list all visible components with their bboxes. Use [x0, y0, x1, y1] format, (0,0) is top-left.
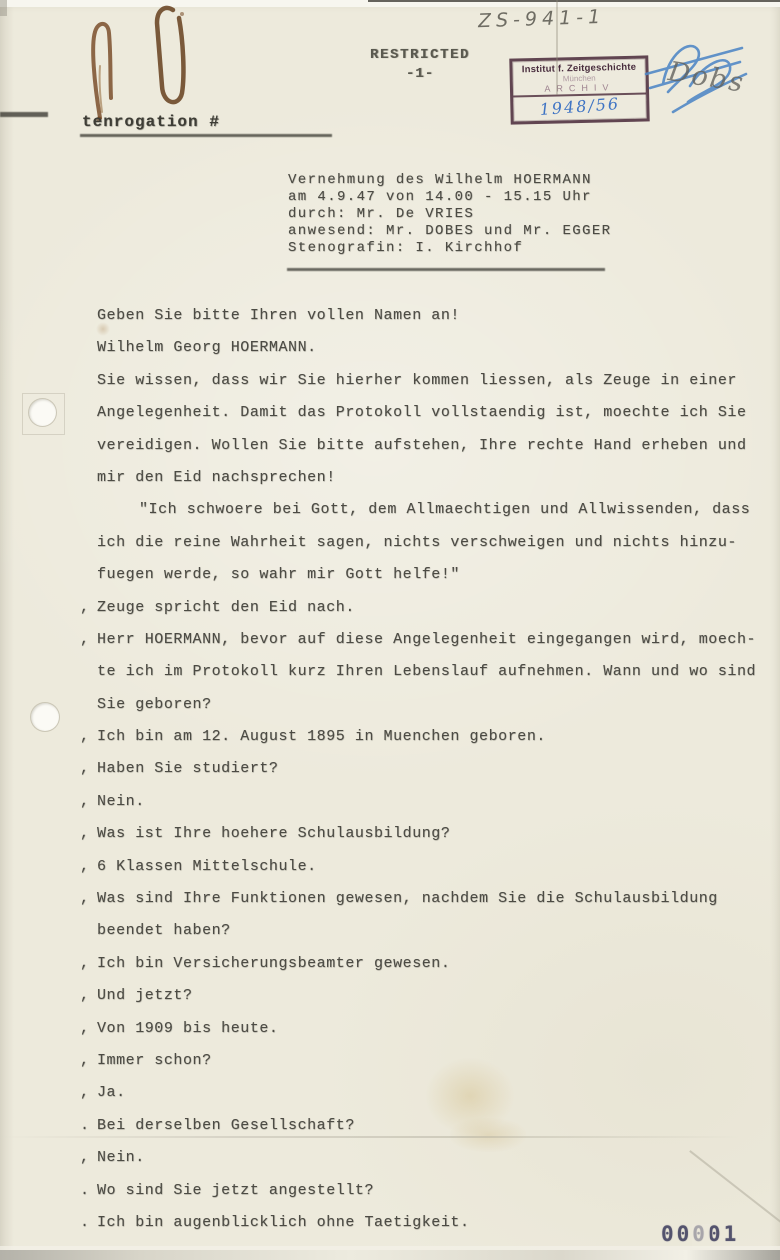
rust-speck [96, 322, 110, 336]
line-text: ich die reine Wahrheit sagen, nichts ver… [97, 534, 737, 551]
line-text: Nein. [97, 793, 145, 810]
transcript-line: Sie wissen, dass wir Sie hierher kommen … [97, 365, 757, 397]
line-marker: , [80, 1045, 90, 1077]
line-text: Geben Sie bitte Ihren vollen Namen an! [97, 307, 460, 324]
line-marker: , [80, 980, 90, 1012]
transcript-line: te ich im Protokoll kurz Ihren Lebenslau… [97, 656, 757, 688]
line-text: te ich im Protokoll kurz Ihren Lebenslau… [97, 663, 756, 680]
line-marker: , [80, 948, 90, 980]
header-line: anwesend: Mr. DOBES und Mr. EGGER [288, 223, 611, 240]
line-text: Was ist Ihre hoehere Schulausbildung? [97, 825, 450, 842]
interrogation-header: Vernehmung des Wilhelm HOERMANN am 4.9.4… [288, 172, 611, 257]
line-text: "Ich schwoere bei Gott, dem Allmaechtige… [97, 494, 750, 526]
transcript-line: , Nein. [97, 1142, 757, 1174]
transcript-line: . Wo sind Sie jetzt angestellt? [97, 1175, 757, 1207]
scan-edge-bottom [0, 1250, 780, 1260]
line-text: Sie geboren? [97, 696, 212, 713]
punch-hole-bottom [31, 703, 59, 731]
line-marker: , [80, 851, 90, 883]
transcript-line: ich die reine Wahrheit sagen, nichts ver… [97, 527, 757, 559]
interrogation-underline [80, 134, 332, 137]
transcript-line: , Was sind Ihre Funktionen gewesen, nach… [97, 883, 757, 915]
header-line: Stenografin: I. Kirchhof [288, 240, 611, 257]
header-line: Vernehmung des Wilhelm HOERMANN [288, 172, 611, 189]
line-text: Ja. [97, 1084, 126, 1101]
transcript-line: , 6 Klassen Mittelschule. [97, 851, 757, 883]
horizontal-fold-crease [0, 1136, 780, 1138]
page-stamp-fade-patch [692, 1224, 710, 1248]
transcript-line: Geben Sie bitte Ihren vollen Namen an! [97, 300, 757, 332]
typed-page-number: -1- [355, 66, 485, 82]
line-text: mir den Eid nachsprechen! [97, 469, 336, 486]
line-text: Immer schon? [97, 1052, 212, 1069]
line-marker: , [80, 786, 90, 818]
archive-reference-handwritten: ZS-941-1 [478, 6, 606, 32]
line-text: Ich bin Versicherungsbeamter gewesen. [97, 955, 450, 972]
header-line: durch: Mr. De VRIES [288, 206, 611, 223]
transcript-line: , Was ist Ihre hoehere Schulausbildung? [97, 818, 757, 850]
line-text: fuegen werde, so wahr mir Gott helfe!" [97, 566, 460, 583]
scan-edge-top-line [368, 0, 780, 2]
line-text: Was sind Ihre Funktionen gewesen, nachde… [97, 890, 718, 907]
line-text: Wilhelm Georg HOERMANN. [97, 339, 317, 356]
line-marker: , [80, 1142, 90, 1174]
paperclip-rust-stain [78, 0, 208, 128]
header-underline [287, 268, 605, 271]
line-text: Haben Sie studiert? [97, 760, 278, 777]
header-line: am 4.9.47 von 14.00 - 15.15 Uhr [288, 189, 611, 206]
line-text: Ich bin augenblicklich ohne Taetigkeit. [97, 1214, 470, 1231]
line-text: Ich bin am 12. August 1895 in Muenchen g… [97, 728, 546, 745]
transcript-line: mir den Eid nachsprechen! [97, 462, 757, 494]
line-text: Herr HOERMANN, bevor auf diese Angelegen… [97, 631, 756, 648]
transcript-line: , Immer schon? [97, 1045, 757, 1077]
transcript-line: fuegen werde, so wahr mir Gott helfe!" [97, 559, 757, 591]
line-text: Sie wissen, dass wir Sie hierher kommen … [97, 372, 737, 389]
line-text: vereidigen. Wollen Sie bitte aufstehen, … [97, 437, 747, 454]
scanned-document-page: ZS-941-1 RESTRICTED -1- Institut f. Zeit… [0, 0, 780, 1260]
left-edge-mark [0, 112, 48, 117]
line-marker: , [80, 1013, 90, 1045]
line-marker: , [80, 753, 90, 785]
line-text: 6 Klassen Mittelschule. [97, 858, 317, 875]
classification-marking: RESTRICTED [355, 47, 485, 63]
line-text: Zeuge spricht den Eid nach. [97, 599, 355, 616]
line-marker: , [80, 883, 90, 915]
line-marker: , [80, 1077, 90, 1109]
line-text: Bei derselben Gesellschaft? [97, 1117, 355, 1134]
transcript-line: , Von 1909 bis heute. [97, 1013, 757, 1045]
transcript-line: beendet haben? [97, 915, 757, 947]
transcript-line: vereidigen. Wollen Sie bitte aufstehen, … [97, 430, 757, 462]
line-text: Angelegenheit. Damit das Protokoll volls… [97, 404, 747, 421]
transcript-line: . Ich bin augenblicklich ohne Taetigkeit… [97, 1207, 757, 1239]
transcript-line: , Haben Sie studiert? [97, 753, 757, 785]
transcript-line: Sie geboren? [97, 689, 757, 721]
transcript-line: , Ich bin Versicherungsbeamter gewesen. [97, 948, 757, 980]
interrogation-label: tenrogation # [82, 113, 220, 131]
transcript-line: Wilhelm Georg HOERMANN. [97, 332, 757, 364]
line-marker: , [80, 624, 90, 656]
transcript-line: Angelegenheit. Damit das Protokoll volls… [97, 397, 757, 429]
line-marker: , [80, 818, 90, 850]
line-text: beendet haben? [97, 922, 231, 939]
line-text: Von 1909 bis heute. [97, 1020, 278, 1037]
transcript-line: , Zeuge spricht den Eid nach. [97, 592, 757, 624]
line-marker: . [80, 1207, 90, 1239]
transcript-line: , Ich bin am 12. August 1895 in Muenchen… [97, 721, 757, 753]
transcript-line: , Nein. [97, 786, 757, 818]
vertical-crease [556, 0, 558, 95]
archive-stamp: Institut f. Zeitgeschichte München ARCHI… [509, 55, 649, 124]
line-text: Und jetzt? [97, 987, 193, 1004]
punch-hole-top [29, 399, 56, 426]
line-marker: , [80, 721, 90, 753]
line-text: Nein. [97, 1149, 145, 1166]
transcript-line: , Und jetzt? [97, 980, 757, 1012]
line-text: Wo sind Sie jetzt angestellt? [97, 1182, 374, 1199]
line-marker: . [80, 1175, 90, 1207]
transcript-line: "Ich schwoere bei Gott, dem Allmaechtige… [97, 494, 757, 526]
line-marker: , [80, 592, 90, 624]
scan-edge-corner [0, 0, 7, 16]
transcript-line: , Herr HOERMANN, bevor auf diese Angeleg… [97, 624, 757, 656]
tape-stain-small [450, 1118, 526, 1152]
